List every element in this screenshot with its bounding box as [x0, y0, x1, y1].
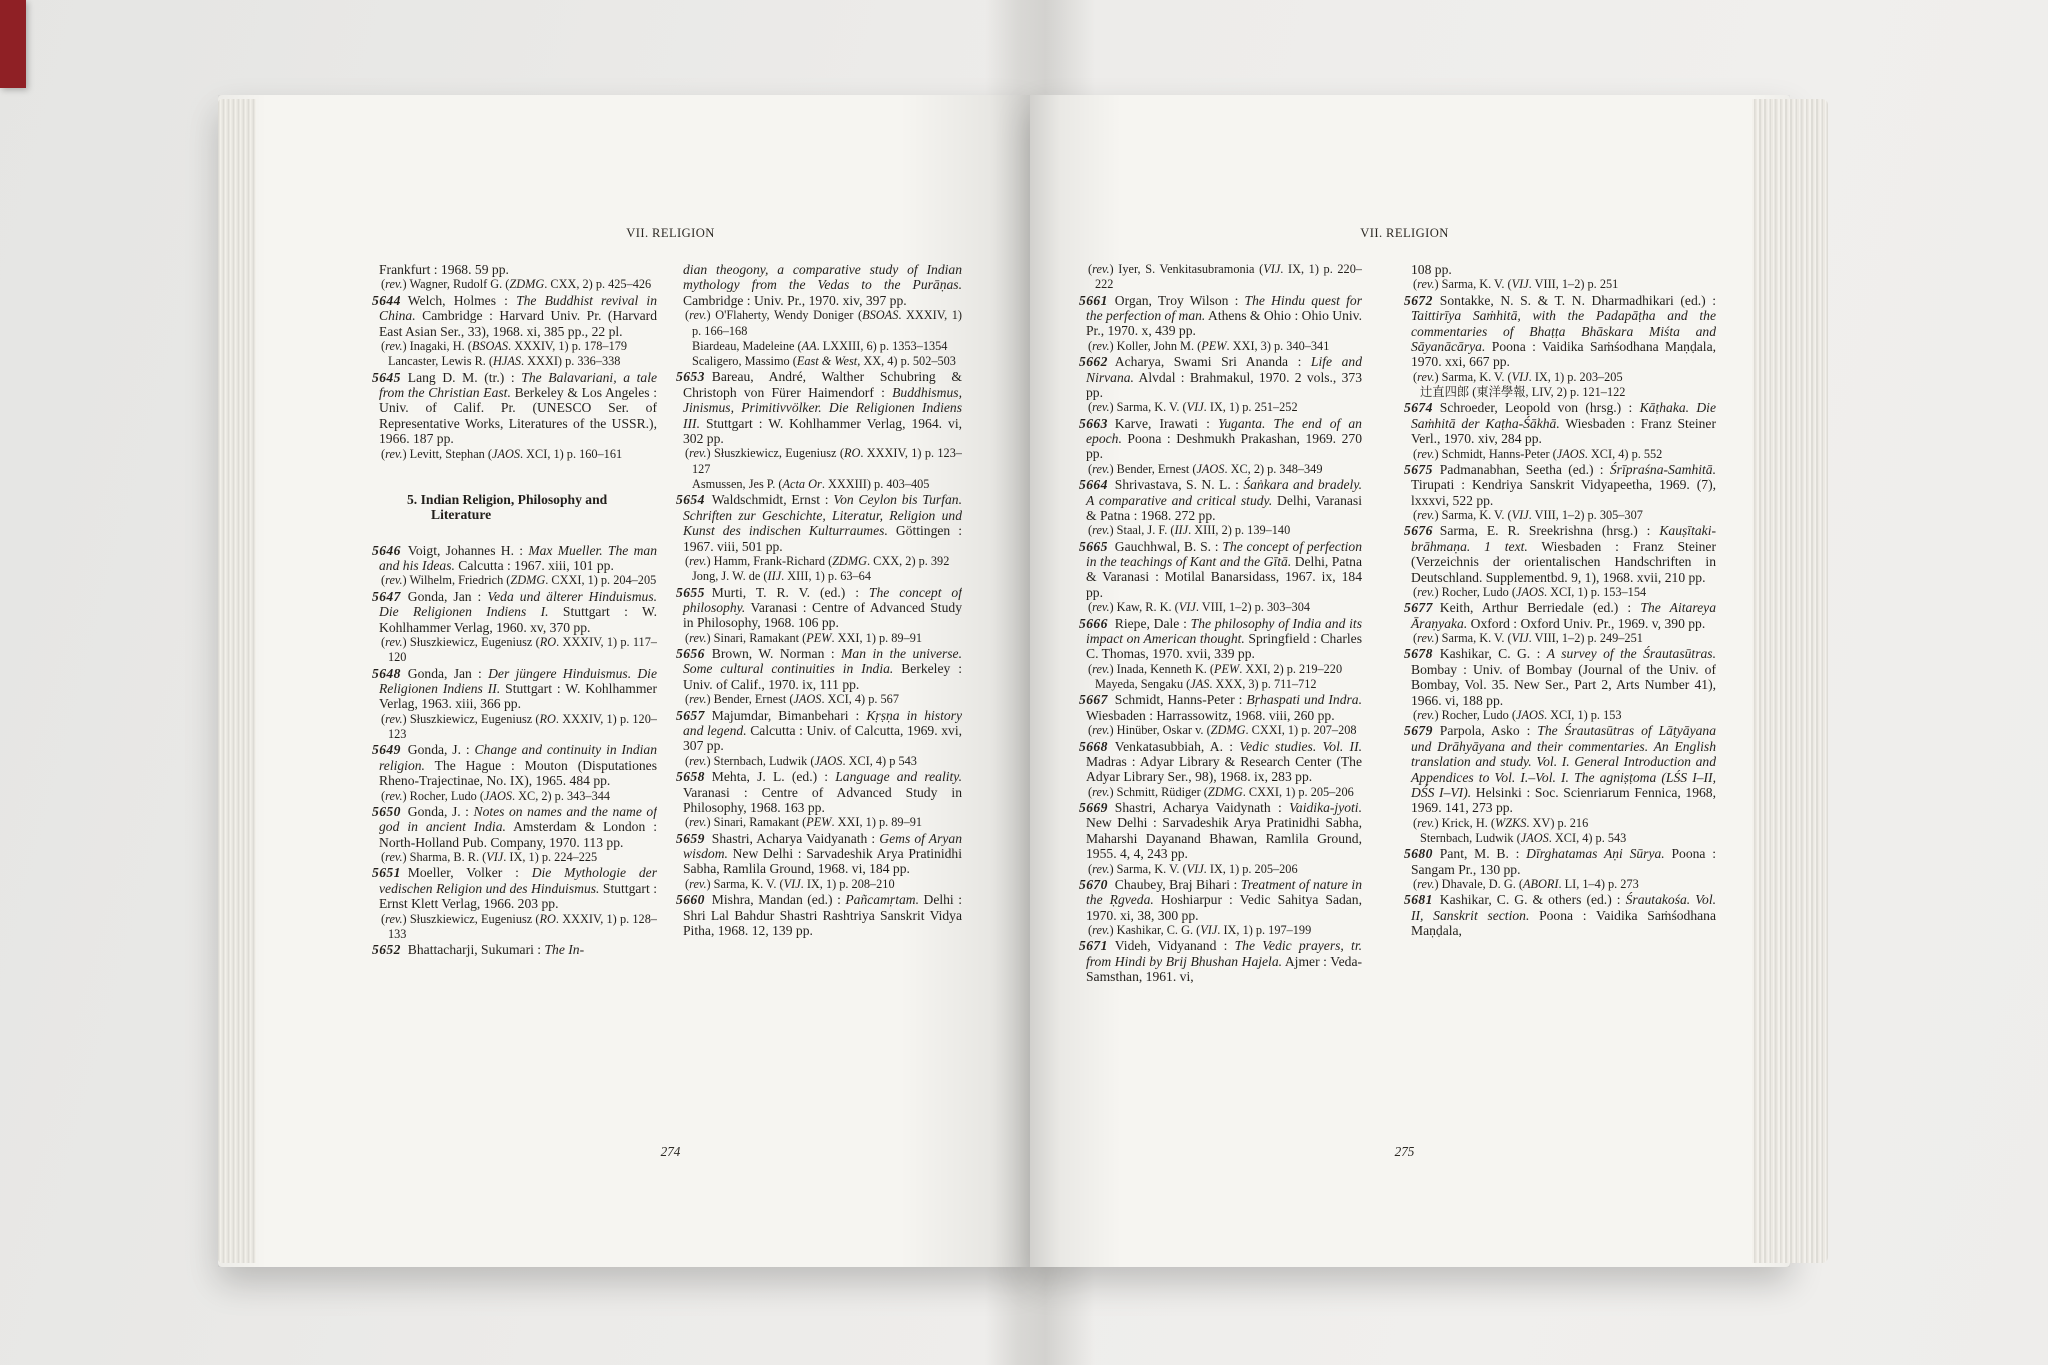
text-run: New Delhi : Sarvadeshik Arya Pratinidhi … [1086, 815, 1362, 861]
text-run: Shrivastava, S. N. L. : [1115, 477, 1244, 492]
italic-run: rev. [689, 446, 706, 460]
text-run: ) Sinari, Ramakant ( [707, 631, 807, 645]
entry-number: 5671 [1079, 938, 1108, 953]
bib-entry: 5677Keith, Arthur Berriedale (ed.) : The… [1404, 600, 1716, 631]
text-run: ) Rocher, Ludo ( [1435, 585, 1516, 599]
page-number-left: 274 [379, 1144, 962, 1160]
text-run: , XX, 4) p. 502–503 [857, 354, 956, 368]
text-run: . VIII, 1–2) p. 249–251 [1529, 631, 1643, 645]
entry-number: 5652 [372, 942, 401, 957]
text-run: Bhattacharji, Sukumari : [408, 942, 545, 957]
entry-number: 5680 [1404, 846, 1433, 861]
text-run: ) Kaw, R. K. ( [1110, 600, 1179, 614]
italic-run: Acta Or [783, 477, 822, 491]
text-run: ) Hamm, Frank-Richard ( [707, 554, 833, 568]
entry-number: 5669 [1079, 800, 1108, 815]
text-run: Mishra, Mandan (ed.) : [712, 892, 846, 907]
text-run: . IX, 1) p. 205–206 [1204, 862, 1298, 876]
text-run: ) Levitt, Stephan ( [403, 447, 492, 461]
text-run: ) Słuszkiewicz, Eugeniusz ( [403, 712, 540, 726]
bib-entry: 5654Waldschmidt, Ernst : Von Ceylon bis … [676, 492, 962, 554]
entry-number: 5649 [372, 742, 401, 757]
bib-entry-continuation: dian theogony, a comparative study of In… [676, 262, 962, 308]
italic-run: rev. [1417, 816, 1434, 830]
italic-run: rev. [1417, 277, 1434, 291]
review-line: (rev.) Sarma, K. V. (VIJ. VIII, 1–2) p. … [1404, 277, 1716, 292]
bib-entry: 5655Murti, T. R. V. (ed.) : The concept … [676, 585, 962, 631]
bib-entry: 5650Gonda, J. : Notes on names and the n… [372, 804, 657, 850]
text-run: ) Iyer, S. Venkitasubramonia ( [1110, 262, 1264, 276]
review-line: (rev.) Inagaki, H. (BSOAS. XXXIV, 1) p. … [372, 339, 657, 354]
review-line-continuation: Mayeda, Sengaku (JAS. XXX, 3) p. 711–712 [1079, 677, 1362, 692]
review-line-continuation: Lancaster, Lewis R. (HJAS. XXXI) p. 336–… [372, 354, 657, 369]
bib-entry: 5680Pant, M. B. : Dīrghatamas Aṇi Sūrya.… [1404, 846, 1716, 877]
text-run: . CXXI, 1) p. 204–205 [545, 573, 656, 587]
text-run: Gonda, Jan : [408, 589, 488, 604]
bib-entry: 5649Gonda, J. : Change and continuity in… [372, 742, 657, 788]
entry-number: 5644 [372, 293, 401, 308]
text-run: Parpola, Asko : [1440, 723, 1538, 738]
text-run: ) Krick, H. ( [1435, 816, 1495, 830]
review-line-continuation: Jong, J. W. de (IIJ. XIII, 1) p. 63–64 [676, 569, 962, 584]
bib-entry: 5663Karve, Irawati : Yuganta. The end of… [1079, 416, 1362, 462]
entry-number: 5674 [1404, 400, 1433, 415]
book-photo: VII. RELIGION VII. RELIGION Frankfurt : … [0, 0, 2048, 1365]
bib-entry: 5675Padmanabhan, Seetha (ed.) : Śrīpraśn… [1404, 462, 1716, 508]
text-run: Brown, W. Norman : [712, 646, 841, 661]
text-run: . XCI, 4) p. 567 [821, 692, 899, 706]
entry-number: 5662 [1079, 354, 1108, 369]
review-line: (rev.) Staal, J. F. (IIJ. XIII, 2) p. 13… [1079, 523, 1362, 538]
text-run: Kashikar, C. G. : [1440, 646, 1547, 661]
text-run: . XCI, 4) p. 543 [1549, 831, 1627, 845]
text-run: Moeller, Volker : [408, 865, 532, 880]
italic-run: rev. [1092, 523, 1109, 537]
review-line: (rev.) Schmitt, Rüdiger (ZDMG. CXXI, 1) … [1079, 785, 1362, 800]
text-run: Keith, Arthur Berriedale (ed.) : [1440, 600, 1641, 615]
italic-run: IIJ [1174, 523, 1188, 537]
text-run: . XXXIII) p. 403–405 [822, 477, 930, 491]
italic-run: rev. [1092, 339, 1109, 353]
italic-run: VIJ [1512, 508, 1529, 522]
review-line: (rev.) Kashikar, C. G. (VIJ. IX, 1) p. 1… [1079, 923, 1362, 938]
text-run: ) Schmitt, Rüdiger ( [1110, 785, 1208, 799]
section-heading: 5. Indian Religion, Philosophy and Liter… [372, 492, 657, 523]
review-line: (rev.) Sarma, K. V. (VIJ. VIII, 1–2) p. … [1404, 631, 1716, 646]
right-page-column-1: (rev.) Iyer, S. Venkitasubramonia (VIJ. … [1079, 262, 1362, 1162]
bib-entry: 5653Bareau, André, Walther Schubring & C… [676, 369, 962, 446]
italic-run: VIJ [1200, 923, 1217, 937]
review-line-continuation: Biardeau, Madeleine (AA. LXXIII, 6) p. 1… [676, 339, 962, 354]
italic-run: dian theogony, a comparative study of In… [683, 262, 962, 292]
text-run: Stuttgart : W. Kohlhammer Verlag, 1964. … [683, 416, 962, 446]
review-line: (rev.) Słuszkiewicz, Eugeniusz (RO. XXXI… [372, 912, 657, 943]
bib-entry: 5665Gauchhwal, B. S. : The concept of pe… [1079, 539, 1362, 601]
italic-run: rev. [1092, 785, 1109, 799]
italic-run: JAOS [1516, 708, 1544, 722]
italic-run: rev. [689, 877, 706, 891]
text-run: . VIII, 1–2) p. 251 [1529, 277, 1619, 291]
text-run: Tirupati : Kendriya Sanskrit Vidyapeetha… [1411, 477, 1716, 507]
text-run: Oxford : Oxford Univ. Pr., 1969. v, 390 … [1467, 616, 1705, 631]
review-line: (rev.) Wilhelm, Friedrich (ZDMG. CXXI, 1… [372, 573, 657, 588]
text-run: ) Schmidt, Hanns-Peter ( [1435, 447, 1557, 461]
text-run: ) Sarma, K. V. ( [1435, 508, 1512, 522]
text-run: . XXI, 1) p. 89–91 [832, 631, 923, 645]
bib-entry: 5669Shastri, Acharya Vaidynath : Vaidika… [1079, 800, 1362, 862]
bib-entry: 5651Moeller, Volker : Die Mythologie der… [372, 865, 657, 911]
text-run: ) Kashikar, C. G. ( [1110, 923, 1201, 937]
italic-run: PEW [1201, 339, 1226, 353]
italic-run: rev. [689, 308, 706, 322]
text-run: Schroeder, Leopold von (hrsg.) : [1440, 400, 1640, 415]
text-run: Acharya, Swami Sri Ananda : [1115, 354, 1311, 369]
italic-run: rev. [689, 815, 706, 829]
review-line: (rev.) Rocher, Ludo (JAOS. XCI, 1) p. 15… [1404, 708, 1716, 723]
text-run: ) Słuszkiewicz, Eugeniusz ( [403, 912, 540, 926]
bib-entry-continuation: Frankfurt : 1968. 59 pp. [372, 262, 657, 277]
italic-run: PEW [1214, 662, 1239, 676]
text-run: . CXX, 2) p. 425–426 [544, 277, 651, 291]
entry-number: 5667 [1079, 692, 1108, 707]
text-run: Biardeau, Madeleine ( [692, 339, 802, 353]
text-run: ) Hinüber, Oskar v. ( [1110, 723, 1211, 737]
text-run: Cambridge : Harvard Univ. Pr. (Harvard E… [379, 308, 657, 338]
review-line: (rev.) Rocher, Ludo (JAOS. XC, 2) p. 343… [372, 789, 657, 804]
text-run: ) Wilhelm, Friedrich ( [403, 573, 511, 587]
text-run: ) Koller, John M. ( [1110, 339, 1202, 353]
italic-run: JAS [1190, 677, 1209, 691]
text-run: Schmidt, Hanns-Peter : [1115, 692, 1247, 707]
italic-run: rev. [1092, 723, 1109, 737]
page-number-right: 275 [1093, 1144, 1716, 1160]
bib-entry: 5658Mehta, J. L. (ed.) : Language and re… [676, 769, 962, 815]
italic-run: VIJ [1263, 262, 1280, 276]
text-run: . XCI, 1) p. 160–161 [520, 447, 622, 461]
italic-run: JAOS [1516, 585, 1544, 599]
italic-run: East & West [797, 354, 857, 368]
italic-run: HJAS [493, 354, 521, 368]
text-run: . IX, 1) p. 197–199 [1217, 923, 1311, 937]
review-line: (rev.) Sternbach, Ludwik (JAOS. XCI, 4) … [676, 754, 962, 769]
italic-run: rev. [689, 754, 706, 768]
italic-run: A survey of the Śrautasūtras. [1547, 646, 1716, 661]
italic-run: JAOS [1521, 831, 1549, 845]
entry-number: 5651 [372, 865, 401, 880]
text-run: Pant, M. B. : [1440, 846, 1526, 861]
italic-run: rev. [385, 912, 402, 926]
text-run: Shastri, Acharya Vaidyanath : [712, 831, 880, 846]
italic-run: rev. [1092, 400, 1109, 414]
text-run: ) Sharma, B. R. ( [403, 850, 487, 864]
bib-entry: 5672Sontakke, N. S. & T. N. Dharmadhikar… [1404, 293, 1716, 370]
text-run: Welch, Holmes : [408, 293, 516, 308]
entry-number: 5650 [372, 804, 401, 819]
review-line: (rev.) Sarma, K. V. (VIJ. IX, 1) p. 208–… [676, 877, 962, 892]
text-run: Sternbach, Ludwik ( [1420, 831, 1521, 845]
review-line: (rev.) Sharma, B. R. (VIJ. IX, 1) p. 224… [372, 850, 657, 865]
bib-entry: 5644Welch, Holmes : The Buddhist revival… [372, 293, 657, 339]
entry-number: 5681 [1404, 892, 1433, 907]
text-run: . XCI, 4) p. 552 [1585, 447, 1663, 461]
review-line: (rev.) Sarma, K. V. (VIJ. IX, 1) p. 205–… [1079, 862, 1362, 877]
review-line: (rev.) Kaw, R. K. (VIJ. VIII, 1–2) p. 30… [1079, 600, 1362, 615]
bib-entry: 5666Riepe, Dale : The philosophy of Indi… [1079, 616, 1362, 662]
review-line: (rev.) Sinari, Ramakant (PEW. XXI, 1) p.… [676, 815, 962, 830]
text-run: . XCI, 1) p. 153 [1544, 708, 1622, 722]
entry-number: 5653 [676, 369, 705, 384]
text-run: ) O'Flaherty, Wendy Doniger ( [707, 308, 863, 322]
text-run: Waldschmidt, Ernst : [712, 492, 834, 507]
text-run: ) Sarma, K. V. ( [1435, 631, 1512, 645]
italic-run: ZDMG [510, 573, 545, 587]
italic-run: rev. [385, 339, 402, 353]
italic-run: VIJ [1187, 862, 1204, 876]
entry-number: 5677 [1404, 600, 1433, 615]
text-run: Gonda, J. : [408, 742, 475, 757]
text-run: . XXXI) p. 336–338 [521, 354, 620, 368]
italic-run: rev. [1417, 631, 1434, 645]
italic-run: VIJ [1512, 370, 1529, 384]
entry-number: 5656 [676, 646, 705, 661]
review-line: (rev.) Słuszkiewicz, Eugeniusz (RO. XXXI… [372, 712, 657, 743]
italic-run: Pañcamṛtam. [845, 892, 919, 907]
entry-number: 5676 [1404, 523, 1433, 538]
text-run: Riepe, Dale : [1115, 616, 1191, 631]
italic-run: ZDMG [1208, 785, 1243, 799]
entry-number: 5645 [372, 370, 401, 385]
text-run: Varanasi : Centre of Advanced Study in P… [683, 785, 962, 815]
review-line-continuation: Sternbach, Ludwik (JAOS. XCI, 4) p. 543 [1404, 831, 1716, 846]
entry-number: 5663 [1079, 416, 1108, 431]
bib-entry: 5676Sarma, E. R. Sreekrishna (hrsg.) : K… [1404, 523, 1716, 585]
text-run: Gonda, Jan : [408, 666, 488, 681]
entry-number: 5654 [676, 492, 705, 507]
entry-number: 5655 [676, 585, 705, 600]
text-run: . XXXIV, 1) p. 178–179 [508, 339, 627, 353]
italic-run: Śrīpraśna-Samhitā. [1610, 462, 1716, 477]
text-run: Karve, Irawati : [1115, 416, 1218, 431]
italic-run: ZDMG [509, 277, 544, 291]
italic-run: RO [844, 446, 860, 460]
text-run: ) Sternbach, Ludwik ( [707, 754, 815, 768]
entry-number: 5648 [372, 666, 401, 681]
text-run: . CXXI, 1) p. 207–208 [1246, 723, 1357, 737]
text-run: . VIII, 1–2) p. 303–304 [1196, 600, 1310, 614]
text-run: ) Bender, Ernest ( [1110, 462, 1197, 476]
italic-run: rev. [1417, 708, 1434, 722]
bib-entry: 5660Mishra, Mandan (ed.) : Pañcamṛtam. D… [676, 892, 962, 938]
italic-run: rev. [385, 789, 402, 803]
italic-run: JAOS [492, 447, 520, 461]
entry-number: 5670 [1079, 877, 1108, 892]
entry-number: 5657 [676, 708, 705, 723]
text-run: 5. Indian Religion, Philosophy and Liter… [407, 492, 607, 522]
italic-run: AA [802, 339, 817, 353]
text-run: ) Staal, J. F. ( [1110, 523, 1175, 537]
italic-run: JAOS [484, 789, 512, 803]
italic-run: VIJ [1512, 631, 1529, 645]
text-run: ) Sarma, K. V. ( [1435, 370, 1512, 384]
italic-run: rev. [1092, 262, 1109, 276]
text-run: Lancaster, Lewis R. ( [388, 354, 493, 368]
review-line: (rev.) Levitt, Stephan (JAOS. XCI, 1) p.… [372, 447, 657, 462]
text-run: ) Sarma, K. V. ( [1435, 277, 1512, 291]
text-run: ) Sinari, Ramakant ( [707, 815, 807, 829]
bib-entry: 5668Venkatasubbiah, A. : Vedic studies. … [1079, 739, 1362, 785]
entry-number: 5664 [1079, 477, 1108, 492]
bib-entry: 5670Chaubey, Braj Bihari : Treatment of … [1079, 877, 1362, 923]
review-line: (rev.) Bender, Ernest (JAOS. XCI, 4) p. … [676, 692, 962, 707]
text-run: . LXXIII, 6) p. 1353–1354 [817, 339, 948, 353]
italic-run: Language and reality. [835, 769, 962, 784]
italic-run: rev. [1417, 877, 1434, 891]
bib-entry: 5645Lang D. M. (tr.) : The Balavariani, … [372, 370, 657, 447]
bib-entry: 5646Voigt, Johannes H. : Max Mueller. Th… [372, 543, 657, 574]
review-line: (rev.) Hamm, Frank-Richard (ZDMG. CXX, 2… [676, 554, 962, 569]
left-page-column-2: dian theogony, a comparative study of In… [676, 262, 962, 1162]
text-run: Gonda, J. : [408, 804, 474, 819]
italic-run: JAOS [814, 754, 842, 768]
review-line: (rev.) Koller, John M. (PEW. XXI, 3) p. … [1079, 339, 1362, 354]
text-run: . LI, 1–4) p. 273 [1558, 877, 1638, 891]
bib-entry: 5662Acharya, Swami Sri Ananda : Life and… [1079, 354, 1362, 400]
entry-number: 5665 [1079, 539, 1108, 554]
text-run: Lang D. M. (tr.) : [408, 370, 521, 385]
entry-number: 5666 [1079, 616, 1108, 631]
text-run: . IX, 1) p. 203–205 [1529, 370, 1623, 384]
text-run: Shastri, Acharya Vaidynath : [1115, 800, 1289, 815]
bib-entry: 5647Gonda, Jan : Veda und älterer Hindui… [372, 589, 657, 635]
review-line: (rev.) Krick, H. (WZKS. XV) p. 216 [1404, 816, 1716, 831]
italic-run: VIJ [486, 850, 503, 864]
text-run: Bombay : Univ. of Bombay (Journal of the… [1411, 662, 1716, 708]
text-run: Wiesbaden : Harrassowitz, 1968. viii, 26… [1086, 708, 1335, 723]
bib-entry: 5678Kashikar, C. G. : A survey of the Śr… [1404, 646, 1716, 708]
bib-entry: 5671Videh, Vidyanand : The Vedic prayers… [1079, 938, 1362, 984]
italic-run: VIJ [1179, 600, 1196, 614]
italic-run: ZDMG [832, 554, 867, 568]
italic-run: ZDMG [1211, 723, 1246, 737]
text-run: ) Rocher, Ludo ( [403, 789, 484, 803]
entry-number: 5659 [676, 831, 705, 846]
right-page-column-2: 108 pp.(rev.) Sarma, K. V. (VIJ. VIII, 1… [1404, 262, 1716, 1162]
text-run: . XXI, 2) p. 219–220 [1239, 662, 1342, 676]
text-run: ) Sarma, K. V. ( [707, 877, 784, 891]
text-run: . XCI, 1) p. 153–154 [1544, 585, 1646, 599]
text-run: . XC, 2) p. 343–344 [512, 789, 610, 803]
text-run: Madras : Adyar Library & Research Center… [1086, 754, 1362, 784]
text-run: Jong, J. W. de ( [692, 569, 768, 583]
entry-number: 5661 [1079, 293, 1108, 308]
bib-entry: 5679Parpola, Asko : The Śrautasūtras of … [1404, 723, 1716, 815]
text-run: 辻直四郎 (東洋學報, LIV, 2) p. 121–122 [1420, 385, 1625, 399]
text-run: . XXI, 3) p. 340–341 [1227, 339, 1330, 353]
review-line-continuation: Asmussen, Jes P. (Acta Or. XXXIII) p. 40… [676, 477, 962, 492]
bib-entry: 5656Brown, W. Norman : Man in the univer… [676, 646, 962, 692]
review-line-continuation: 辻直四郎 (東洋學報, LIV, 2) p. 121–122 [1404, 385, 1716, 400]
italic-run: RO [540, 635, 556, 649]
text-run: . CXX, 2) p. 392 [867, 554, 949, 568]
text-run: ) Dhavale, D. G. ( [1435, 877, 1523, 891]
text-run: . XV) p. 216 [1526, 816, 1588, 830]
text-run: Kashikar, C. G. & others (ed.) : [1440, 892, 1626, 907]
review-line: (rev.) Słuszkiewicz, Eugeniusz (RO. XXXI… [372, 635, 657, 666]
text-run: ) Wagner, Rudolf G. ( [403, 277, 510, 291]
text-run: Poona : Deshmukh Prakashan, 1969. 270 pp… [1086, 431, 1362, 461]
text-run: Sarma, E. R. Sreekrishna (hrsg.) : [1440, 523, 1660, 538]
text-run: Mehta, J. L. (ed.) : [712, 769, 835, 784]
review-line: (rev.) Sinari, Ramakant (PEW. XXI, 1) p.… [676, 631, 962, 646]
text-run: Videh, Vidyanand : [1115, 938, 1235, 953]
text-run: Scaligero, Massimo ( [692, 354, 797, 368]
text-run: Voigt, Johannes H. : [408, 543, 529, 558]
review-line: (rev.) Iyer, S. Venkitasubramonia (VIJ. … [1079, 262, 1362, 293]
review-line: (rev.) Rocher, Ludo (JAOS. XCI, 1) p. 15… [1404, 585, 1716, 600]
text-run: ) Sarma, K. V. ( [1110, 862, 1187, 876]
italic-run: rev. [1417, 585, 1434, 599]
bib-entry: 5681Kashikar, C. G. & others (ed.) : Śra… [1404, 892, 1716, 938]
entry-number: 5679 [1404, 723, 1433, 738]
italic-run: rev. [1417, 447, 1434, 461]
text-run: Chaubey, Braj Bihari : [1115, 877, 1241, 892]
text-run: Gauchhwal, B. S. : [1115, 539, 1223, 554]
bib-entry-continuation: 108 pp. [1404, 262, 1716, 277]
left-page-column-1: Frankfurt : 1968. 59 pp.(rev.) Wagner, R… [372, 262, 657, 1162]
italic-run: JAOS [1557, 447, 1585, 461]
italic-run: rev. [385, 850, 402, 864]
bib-entry: 5652Bhattacharji, Sukumari : The In- [372, 942, 657, 957]
review-line: (rev.) Bender, Ernest (JAOS. XC, 2) p. 3… [1079, 462, 1362, 477]
text-run: Sontakke, N. S. & T. N. Dharmadhikari (e… [1440, 293, 1716, 308]
text-run: . XIII, 1) p. 63–64 [781, 569, 871, 583]
bib-entry: 5657Majumdar, Bimanbehari : Kṛṣṇa in his… [676, 708, 962, 754]
italic-run: rev. [689, 554, 706, 568]
italic-run: RO [540, 712, 556, 726]
review-line: (rev.) Inada, Kenneth K. (PEW. XXI, 2) p… [1079, 662, 1362, 677]
text-run: . IX, 1) p. 251–252 [1204, 400, 1298, 414]
entry-number: 5658 [676, 769, 705, 784]
italic-run: PEW [806, 815, 831, 829]
italic-run: rev. [1092, 600, 1109, 614]
review-line: (rev.) Wagner, Rudolf G. (ZDMG. CXX, 2) … [372, 277, 657, 292]
italic-run: VIJ [784, 877, 801, 891]
text-run: ) Inada, Kenneth K. ( [1110, 662, 1214, 676]
italic-run: rev. [385, 573, 402, 587]
italic-run: Bṛhaspati und Indra. [1246, 692, 1362, 707]
entry-number: 5660 [676, 892, 705, 907]
text-run: . CXXI, 1) p. 205–206 [1243, 785, 1354, 799]
text-run: Asmussen, Jes P. ( [692, 477, 783, 491]
review-line: (rev.) Hinüber, Oskar v. (ZDMG. CXXI, 1)… [1079, 723, 1362, 738]
bib-entry: 5661Organ, Troy Wilson : The Hindu quest… [1079, 293, 1362, 339]
text-run: ) Inagaki, H. ( [403, 339, 472, 353]
italic-run: RO [540, 912, 556, 926]
running-header-left: VII. RELIGION [379, 226, 962, 241]
italic-run: JAOS [793, 692, 821, 706]
review-line: (rev.) Sarma, K. V. (VIJ. IX, 1) p. 203–… [1404, 370, 1716, 385]
text-run: Mayeda, Sengaku ( [1095, 677, 1190, 691]
entry-number: 5668 [1079, 739, 1108, 754]
italic-run: VIJ [1512, 277, 1529, 291]
review-line: (rev.) Sarma, K. V. (VIJ. IX, 1) p. 251–… [1079, 400, 1362, 415]
bib-entry: 5648Gonda, Jan : Der jüngere Hinduismus.… [372, 666, 657, 712]
text-run: . XXI, 1) p. 89–91 [832, 815, 923, 829]
entry-number: 5672 [1404, 293, 1433, 308]
entry-number: 5675 [1404, 462, 1433, 477]
entry-number: 5678 [1404, 646, 1433, 661]
italic-run: Dīrghatamas Aṇi Sūrya. [1526, 846, 1665, 861]
